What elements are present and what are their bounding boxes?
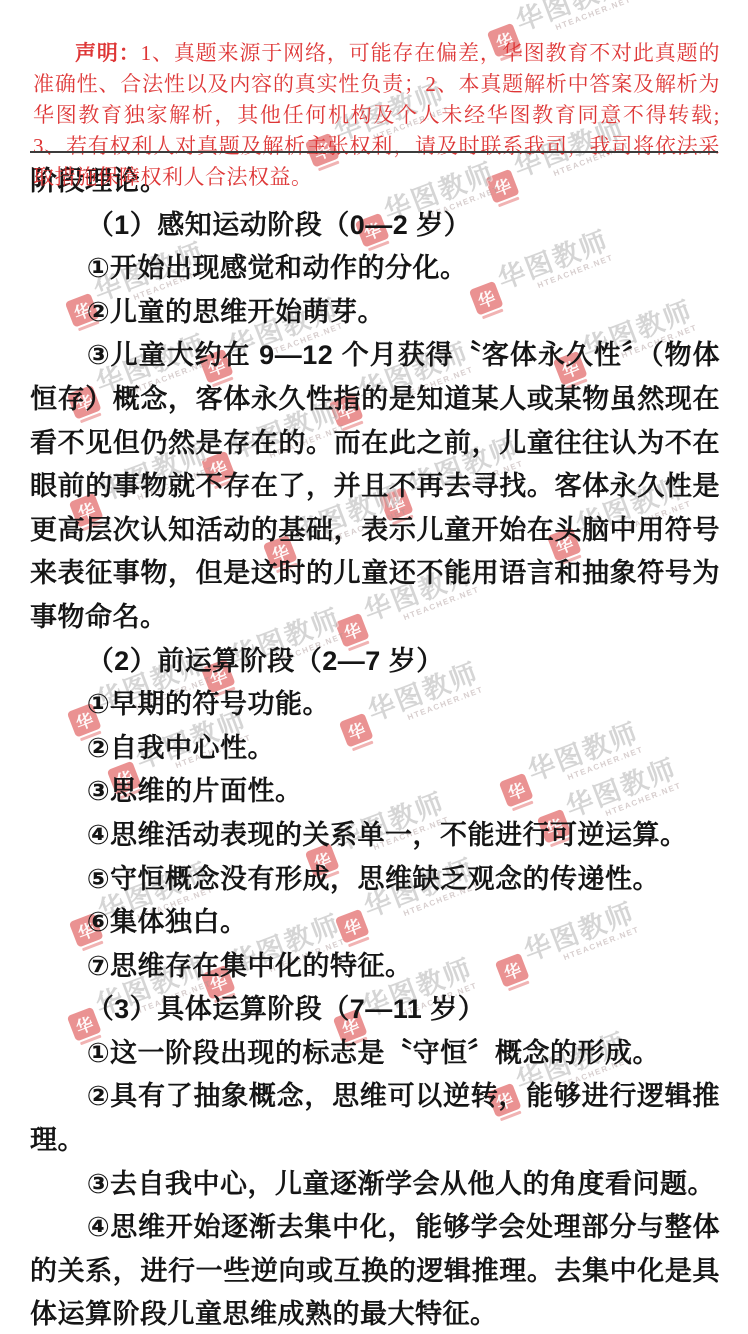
paragraph: ③思维的片面性。 <box>30 770 720 814</box>
paragraph: （1）感知运动阶段（0—2 岁） <box>30 204 720 248</box>
document-body: 阶段理论。（1）感知运动阶段（0—2 岁）①开始出现感觉和动作的分化。②儿童的思… <box>30 160 720 1334</box>
watermark-brand: 华图教师 <box>509 0 631 39</box>
paragraph: ⑦思维存在集中化的特征。 <box>30 945 720 989</box>
watermark-domain: HTEACHER.NET <box>554 0 634 32</box>
paragraph: ⑤守恒概念没有形成，思维缺乏观念的传递性。 <box>30 858 720 902</box>
disclaimer: 声明：1、真题来源于网络，可能存在偏差，华图教育不对此真题的准确性、合法性以及内… <box>33 38 720 193</box>
paragraph: ②自我中心性。 <box>30 727 720 771</box>
paragraph: ②儿童的思维开始萌芽。 <box>30 291 720 335</box>
document-page: 声明：1、真题来源于网络，可能存在偏差，华图教育不对此真题的准确性、合法性以及内… <box>0 0 748 1334</box>
paragraph: ①开始出现感觉和动作的分化。 <box>30 247 720 291</box>
disclaimer-text: 声明：1、真题来源于网络，可能存在偏差，华图教育不对此真题的准确性、合法性以及内… <box>33 38 720 193</box>
paragraph: （3）具体运算阶段（7—11 岁） <box>30 988 720 1032</box>
paragraph: ③儿童大约在 9—12 个月获得〝客体永久性〞（物体恒存）概念，客体永久性指的是… <box>30 334 720 639</box>
paragraph: ⑥集体独白。 <box>30 901 720 945</box>
paragraph: ④思维开始逐渐去集中化，能够学会处理部分与整体的关系，进行一些逆向或互换的逻辑推… <box>30 1206 720 1334</box>
paragraph: ④思维活动表现的关系单一，不能进行可逆运算。 <box>30 814 720 858</box>
paragraph: （2）前运算阶段（2—7 岁） <box>30 640 720 684</box>
section-divider <box>30 151 718 153</box>
paragraph: ②具有了抽象概念，思维可以逆转，能够进行逻辑推理。 <box>30 1075 720 1162</box>
paragraph: ①早期的符号功能。 <box>30 683 720 727</box>
disclaimer-label: 声明： <box>75 41 141 65</box>
paragraph: ①这一阶段出现的标志是〝守恒〞概念的形成。 <box>30 1032 720 1076</box>
paragraph: ③去自我中心，儿童逐渐学会从他人的角度看问题。 <box>30 1163 720 1207</box>
